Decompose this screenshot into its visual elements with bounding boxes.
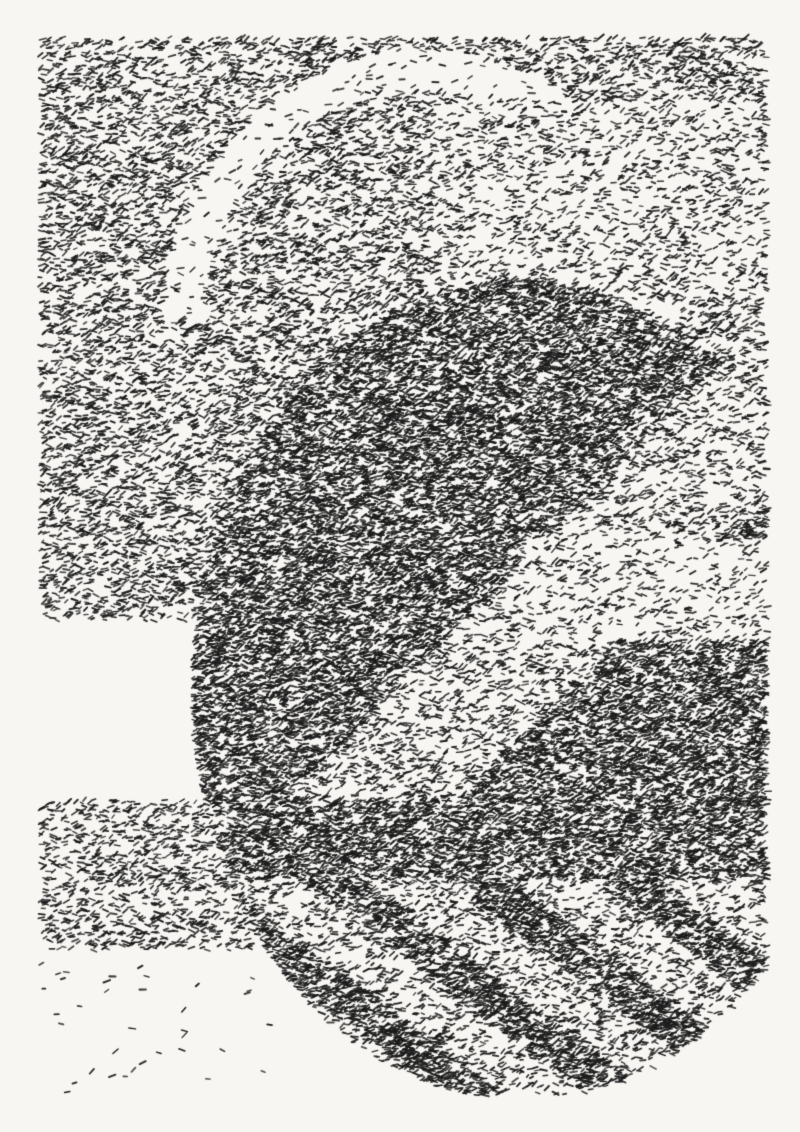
stipple-artwork: [0, 0, 800, 1132]
